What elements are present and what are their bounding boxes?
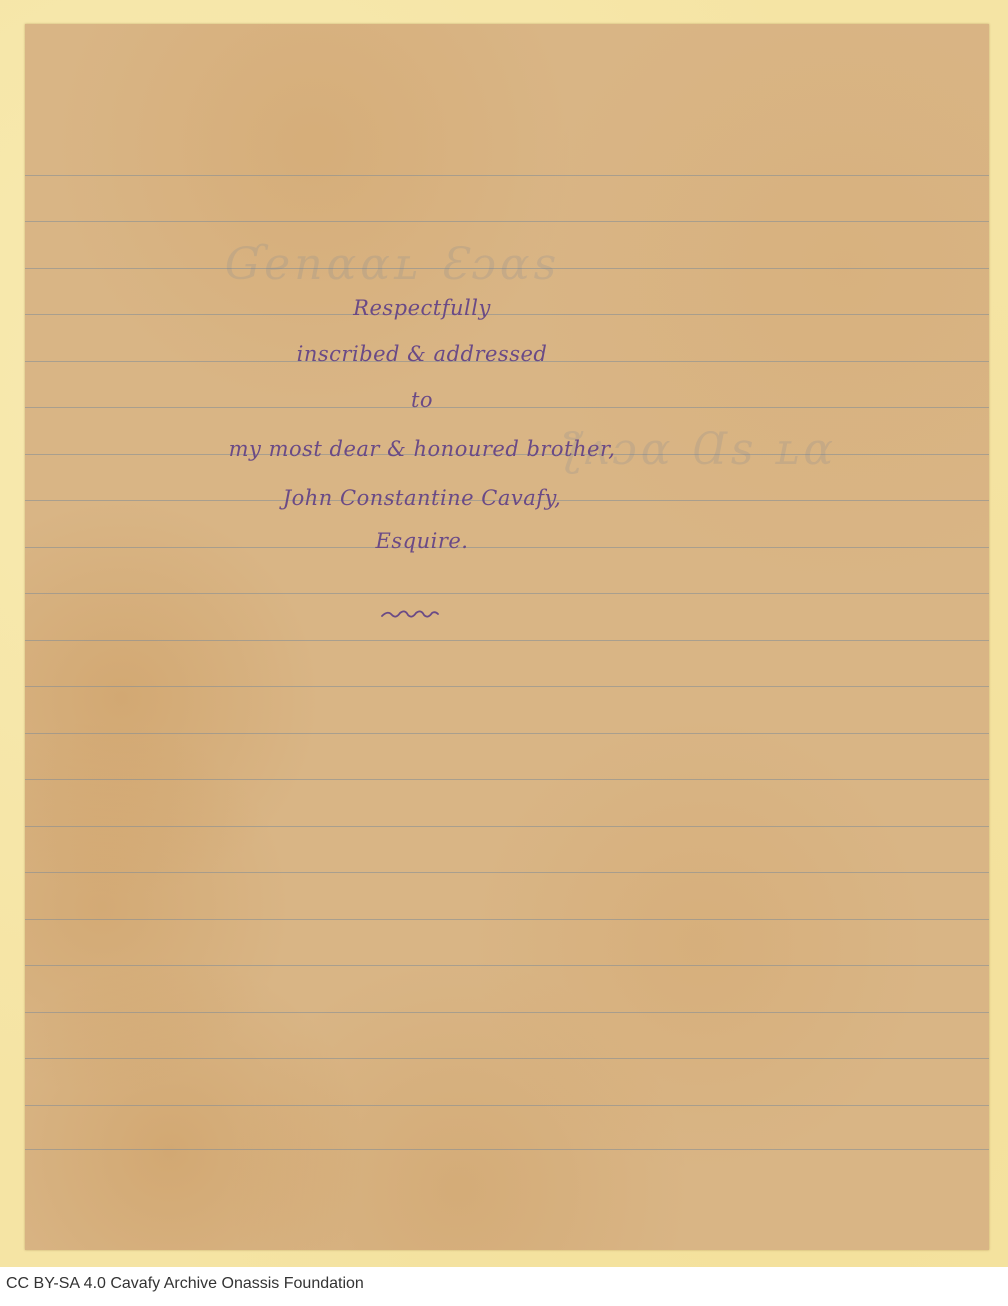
ruled-line bbox=[25, 733, 989, 734]
ruled-line bbox=[25, 1149, 989, 1150]
ruled-line bbox=[25, 1058, 989, 1059]
dedication-line-2: inscribed & addressed bbox=[0, 342, 904, 366]
dedication-line-1: Respectfully bbox=[0, 296, 904, 320]
dedication-line-4: my most dear & honoured brother, bbox=[0, 437, 904, 461]
ruled-line bbox=[25, 221, 989, 222]
dedication-line-6: Esquire. bbox=[0, 529, 904, 553]
ruled-line bbox=[25, 919, 989, 920]
ruled-line bbox=[25, 965, 989, 966]
ruled-line bbox=[25, 175, 989, 176]
ruled-line bbox=[25, 1105, 989, 1106]
ruled-line bbox=[25, 779, 989, 780]
license-credit: CC BY-SA 4.0 Cavafy Archive Onassis Foun… bbox=[6, 1275, 364, 1293]
ruled-line bbox=[25, 640, 989, 641]
scan-background: Ɠenɑɑʟ Ɛɔɑs ƪʌɔɑ Ɑs ʟɑ Respectfully insc… bbox=[0, 0, 1008, 1267]
manuscript-page: Ɠenɑɑʟ Ɛɔɑs ƪʌɔɑ Ɑs ʟɑ Respectfully insc… bbox=[25, 24, 989, 1250]
dedication-line-5: John Constantine Cavafy, bbox=[0, 486, 904, 510]
ruled-line bbox=[25, 872, 989, 873]
ruled-line bbox=[25, 826, 989, 827]
ruled-line bbox=[25, 686, 989, 687]
bleed-through-ghost-text: Ɠenɑɑʟ Ɛɔɑs bbox=[225, 239, 560, 290]
ruled-line bbox=[25, 593, 989, 594]
ruled-line bbox=[25, 1012, 989, 1013]
dedication-line-3: to bbox=[0, 388, 904, 412]
ornament-squiggle-icon bbox=[380, 607, 440, 621]
